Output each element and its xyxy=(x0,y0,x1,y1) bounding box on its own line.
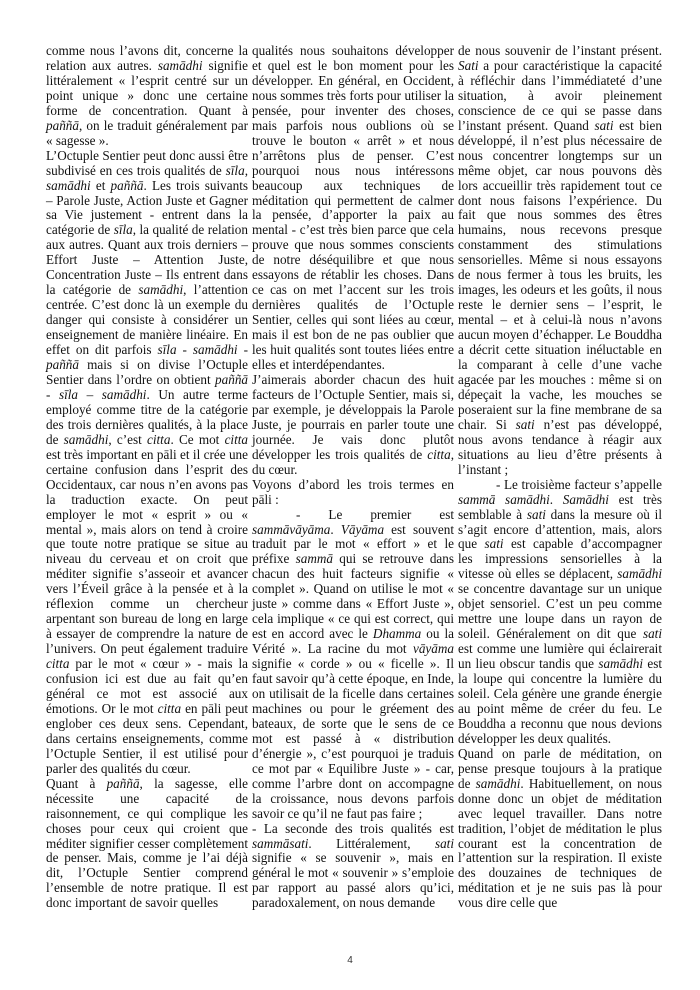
list-item-paragraph: - Le premier est sammāvāyāma. Vāyāma est… xyxy=(252,508,454,822)
pali-term: sati xyxy=(594,118,613,133)
pali-term: sati xyxy=(643,626,662,641)
pali-term: paññā xyxy=(111,178,144,193)
pali-term: paññā xyxy=(215,372,248,387)
text-column-2: qualités nous souhaitons développer et q… xyxy=(252,44,454,911)
pali-term: Samādhi xyxy=(563,492,609,507)
pali-term: samādhi xyxy=(138,282,183,297)
pali-term: samādhi xyxy=(476,776,521,791)
pali-term: samādhi xyxy=(64,432,109,447)
pali-term: vāyāma xyxy=(413,641,454,656)
pali-term: sammā xyxy=(296,551,333,566)
pali-term: sīla xyxy=(59,387,78,402)
pali-term: sati xyxy=(435,836,454,851)
pali-term: samādhi xyxy=(102,387,147,402)
pali-term: citta xyxy=(225,432,248,447)
pali-term: samādhi xyxy=(193,342,238,357)
list-item-paragraph: - Le troisième facteur s’appelle sammā s… xyxy=(458,478,662,747)
pali-term: sīla xyxy=(226,163,245,178)
pali-term: paññā xyxy=(46,357,79,372)
pali-term: sīla xyxy=(114,222,133,237)
paragraph: comme nous l’avons dit, concerne la rela… xyxy=(46,44,248,149)
pali-term: samādhi xyxy=(158,58,203,73)
pali-term: paññā xyxy=(46,118,79,133)
pali-term: citta xyxy=(158,701,181,716)
pali-term: paññā xyxy=(107,776,140,791)
pali-term: citta xyxy=(427,447,450,462)
pali-term: Dhamma xyxy=(373,626,421,641)
pali-term: samādhi xyxy=(46,178,91,193)
paragraph: Voyons d’abord les trois termes en pāli … xyxy=(252,478,454,508)
pali-term: citta xyxy=(46,656,69,671)
pali-term: samādhi xyxy=(617,566,662,581)
pali-term: Sati xyxy=(458,58,479,73)
pali-term: sammāvāyāma xyxy=(252,522,330,537)
pali-term: sati xyxy=(527,507,546,522)
paragraph: Quand on parle de méditation, on pense p… xyxy=(458,747,662,911)
list-item-paragraph: - La seconde des trois qualités est samm… xyxy=(252,822,454,912)
paragraph: de nous souvenir de l’instant présent. S… xyxy=(458,44,662,478)
paragraph: J’aimerais aborder chacun des huit facte… xyxy=(252,373,454,478)
document-page: comme nous l’avons dit, concerne la rela… xyxy=(0,0,700,990)
pali-term: samādhi xyxy=(598,656,643,671)
text-column-3: de nous souvenir de l’instant présent. S… xyxy=(458,44,662,911)
pali-term: sati xyxy=(516,417,535,432)
paragraph: L’Octuple Sentier peut donc aussi être s… xyxy=(46,149,248,777)
paragraph: qualités nous souhaitons développer et q… xyxy=(252,44,454,373)
page-number: 4 xyxy=(0,955,700,966)
pali-term: citta xyxy=(147,432,170,447)
pali-term: sammāsati xyxy=(252,836,308,851)
text-column-1: comme nous l’avons dit, concerne la rela… xyxy=(46,44,248,911)
pali-term: sati xyxy=(484,536,503,551)
pali-term: sammā samādhi xyxy=(458,492,550,507)
pali-term: Vāyāma xyxy=(341,522,384,537)
paragraph: Quant à paññā, la sagesse, elle nécessit… xyxy=(46,777,248,912)
pali-term: sīla xyxy=(158,342,177,357)
